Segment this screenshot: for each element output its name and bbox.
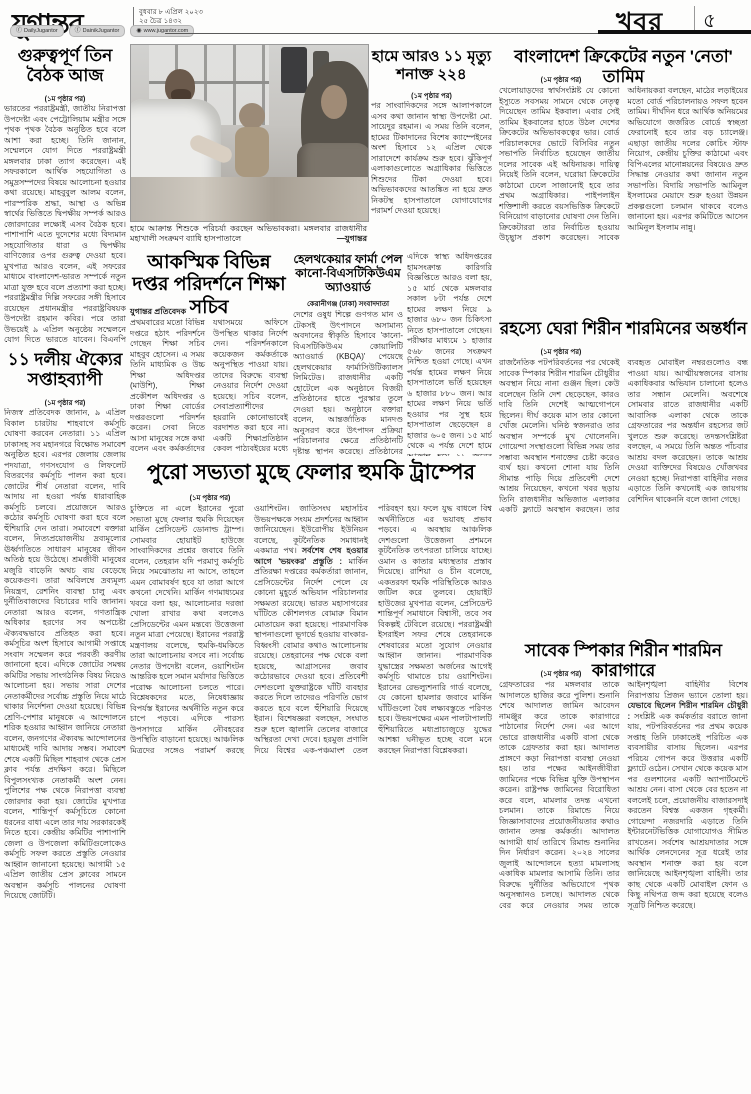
facebook-badge-daily[interactable]: ⓕ DailyJugantor: [10, 25, 64, 37]
photo-hanging-cloth: [281, 47, 307, 93]
headline-alliance: ১১ দলীয় ঐক্যের সপ্তাহব্যাপী: [4, 350, 126, 390]
photo-baby-body: [235, 127, 269, 177]
dateline: বুধবার ৮ এপ্রিল ২০২৩ ২৫ চৈত্র ১৪৩২: [139, 8, 229, 26]
newspaper-page: যুগান্তর বুধবার ৮ এপ্রিল ২০২৩ ২৫ চৈত্র ১…: [0, 0, 751, 1094]
globe-icon: ◉: [136, 27, 141, 35]
body-meetings: ভারতের পররাষ্ট্রমন্ত্রী, জাতীয় নিরাপত্ত…: [4, 104, 126, 344]
body-mystery: রাজনৈতিক পটপরিবর্তনের পর থেকেই সাবেক স্প…: [499, 358, 748, 636]
jail-body-part2: সংশ্লিষ্ট এক কর্মকর্তার বরাতে জানা যায়,…: [628, 712, 749, 910]
section-divider: [694, 6, 695, 30]
headline-meetings: গুরুত্বপূর্ণ তিন বৈঠক আজ: [4, 46, 126, 86]
byline-award: কেরানীগঞ্জ (ঢাকা) সংবাদদাতা: [293, 298, 403, 310]
body-award: দেশের ওষুধ শিল্পে গুণগত মান ও টেকসই উৎপা…: [293, 310, 403, 456]
date-line-1: বুধবার ৮ এপ্রিল ২০২৩: [139, 8, 229, 17]
continued-label: (১ম পৃষ্ঠার পর): [150, 492, 270, 504]
facebook-badge-dainik[interactable]: ⓕ DainikJugantor: [69, 25, 126, 37]
photo-woman-face: [321, 85, 347, 119]
caption-text: হামে আক্রান্ত শিশুকে পরিচর্যা করছেন অভিভ…: [130, 224, 367, 243]
continued-label: (১ম পৃষ্ঠার পর): [499, 346, 623, 358]
continued-label: (১ম পৃষ্ঠার পর): [499, 74, 623, 86]
headline-measles: হামে আরও ১১ মৃত্যু শনাক্ত ২২৪: [371, 48, 492, 83]
facebook-icon: ⓕ: [16, 27, 22, 35]
body-measles-continued: এদিকে স্বাস্থ্য অধিদপ্তরের হামসংক্রান্ত …: [407, 252, 492, 456]
section-underline: [598, 30, 751, 34]
body-trump: চুক্তিতে না এলে ইরানের পুরো সভ্যতা মুছে …: [130, 504, 492, 1086]
continued-label: (১ম পৃষ্ঠার পর): [499, 668, 623, 680]
photo-baby-head: [239, 103, 265, 129]
photo-caption: হামে আক্রান্ত শিশুকে পরিচর্যা করছেন অভিভ…: [130, 224, 367, 248]
headline-award: হেলথকেয়ার ফার্মা পেল কানো-বিএসটিকিউএম অ…: [293, 252, 403, 294]
headline-trump: পুরো সভ্যতা মুছে ফেলার হুমকি ট্রাম্পের: [130, 461, 492, 486]
body-education: প্রথমবারের মতো বিভিন্ন দপ্তরে হঠাৎ পরিদর…: [130, 318, 288, 456]
body-tamim: খেলোয়াড়দের স্বার্থসংশ্লিষ্ট যে কোনো ইস…: [499, 86, 748, 314]
facebook-badge-daily-label: DailyJugantor: [24, 27, 58, 35]
facebook-icon: ⓕ: [75, 27, 81, 35]
facebook-badge-dainik-label: DainikJugantor: [83, 27, 120, 35]
page-number: ৫: [703, 6, 716, 39]
news-photo: [130, 44, 369, 222]
website-badge[interactable]: ◉ www.jugantor.com: [130, 25, 194, 37]
body-alliance: নিজস্ব প্রতিবেদক জানান, ৯ এপ্রিল বিকাল চ…: [4, 408, 126, 1086]
body-jail: গ্রেফতারের পর মঙ্গলবার তাকে আদালতে হাজির…: [499, 680, 748, 1086]
body-measles: পর সাংবাদিকদের সঙ্গে আলাপকালে এসব কথা জা…: [371, 101, 492, 248]
headline-mystery: রহস্যে ঘেরা শিরীন শারমিনের অন্তর্ধান: [499, 319, 748, 339]
photo-bedding: [131, 177, 368, 221]
caption-credit: —যুগান্তর: [337, 234, 367, 244]
section-label: খবর: [616, 2, 663, 45]
social-badges: ⓕ DailyJugantor ⓕ DainikJugantor ◉ www.j…: [10, 25, 194, 37]
